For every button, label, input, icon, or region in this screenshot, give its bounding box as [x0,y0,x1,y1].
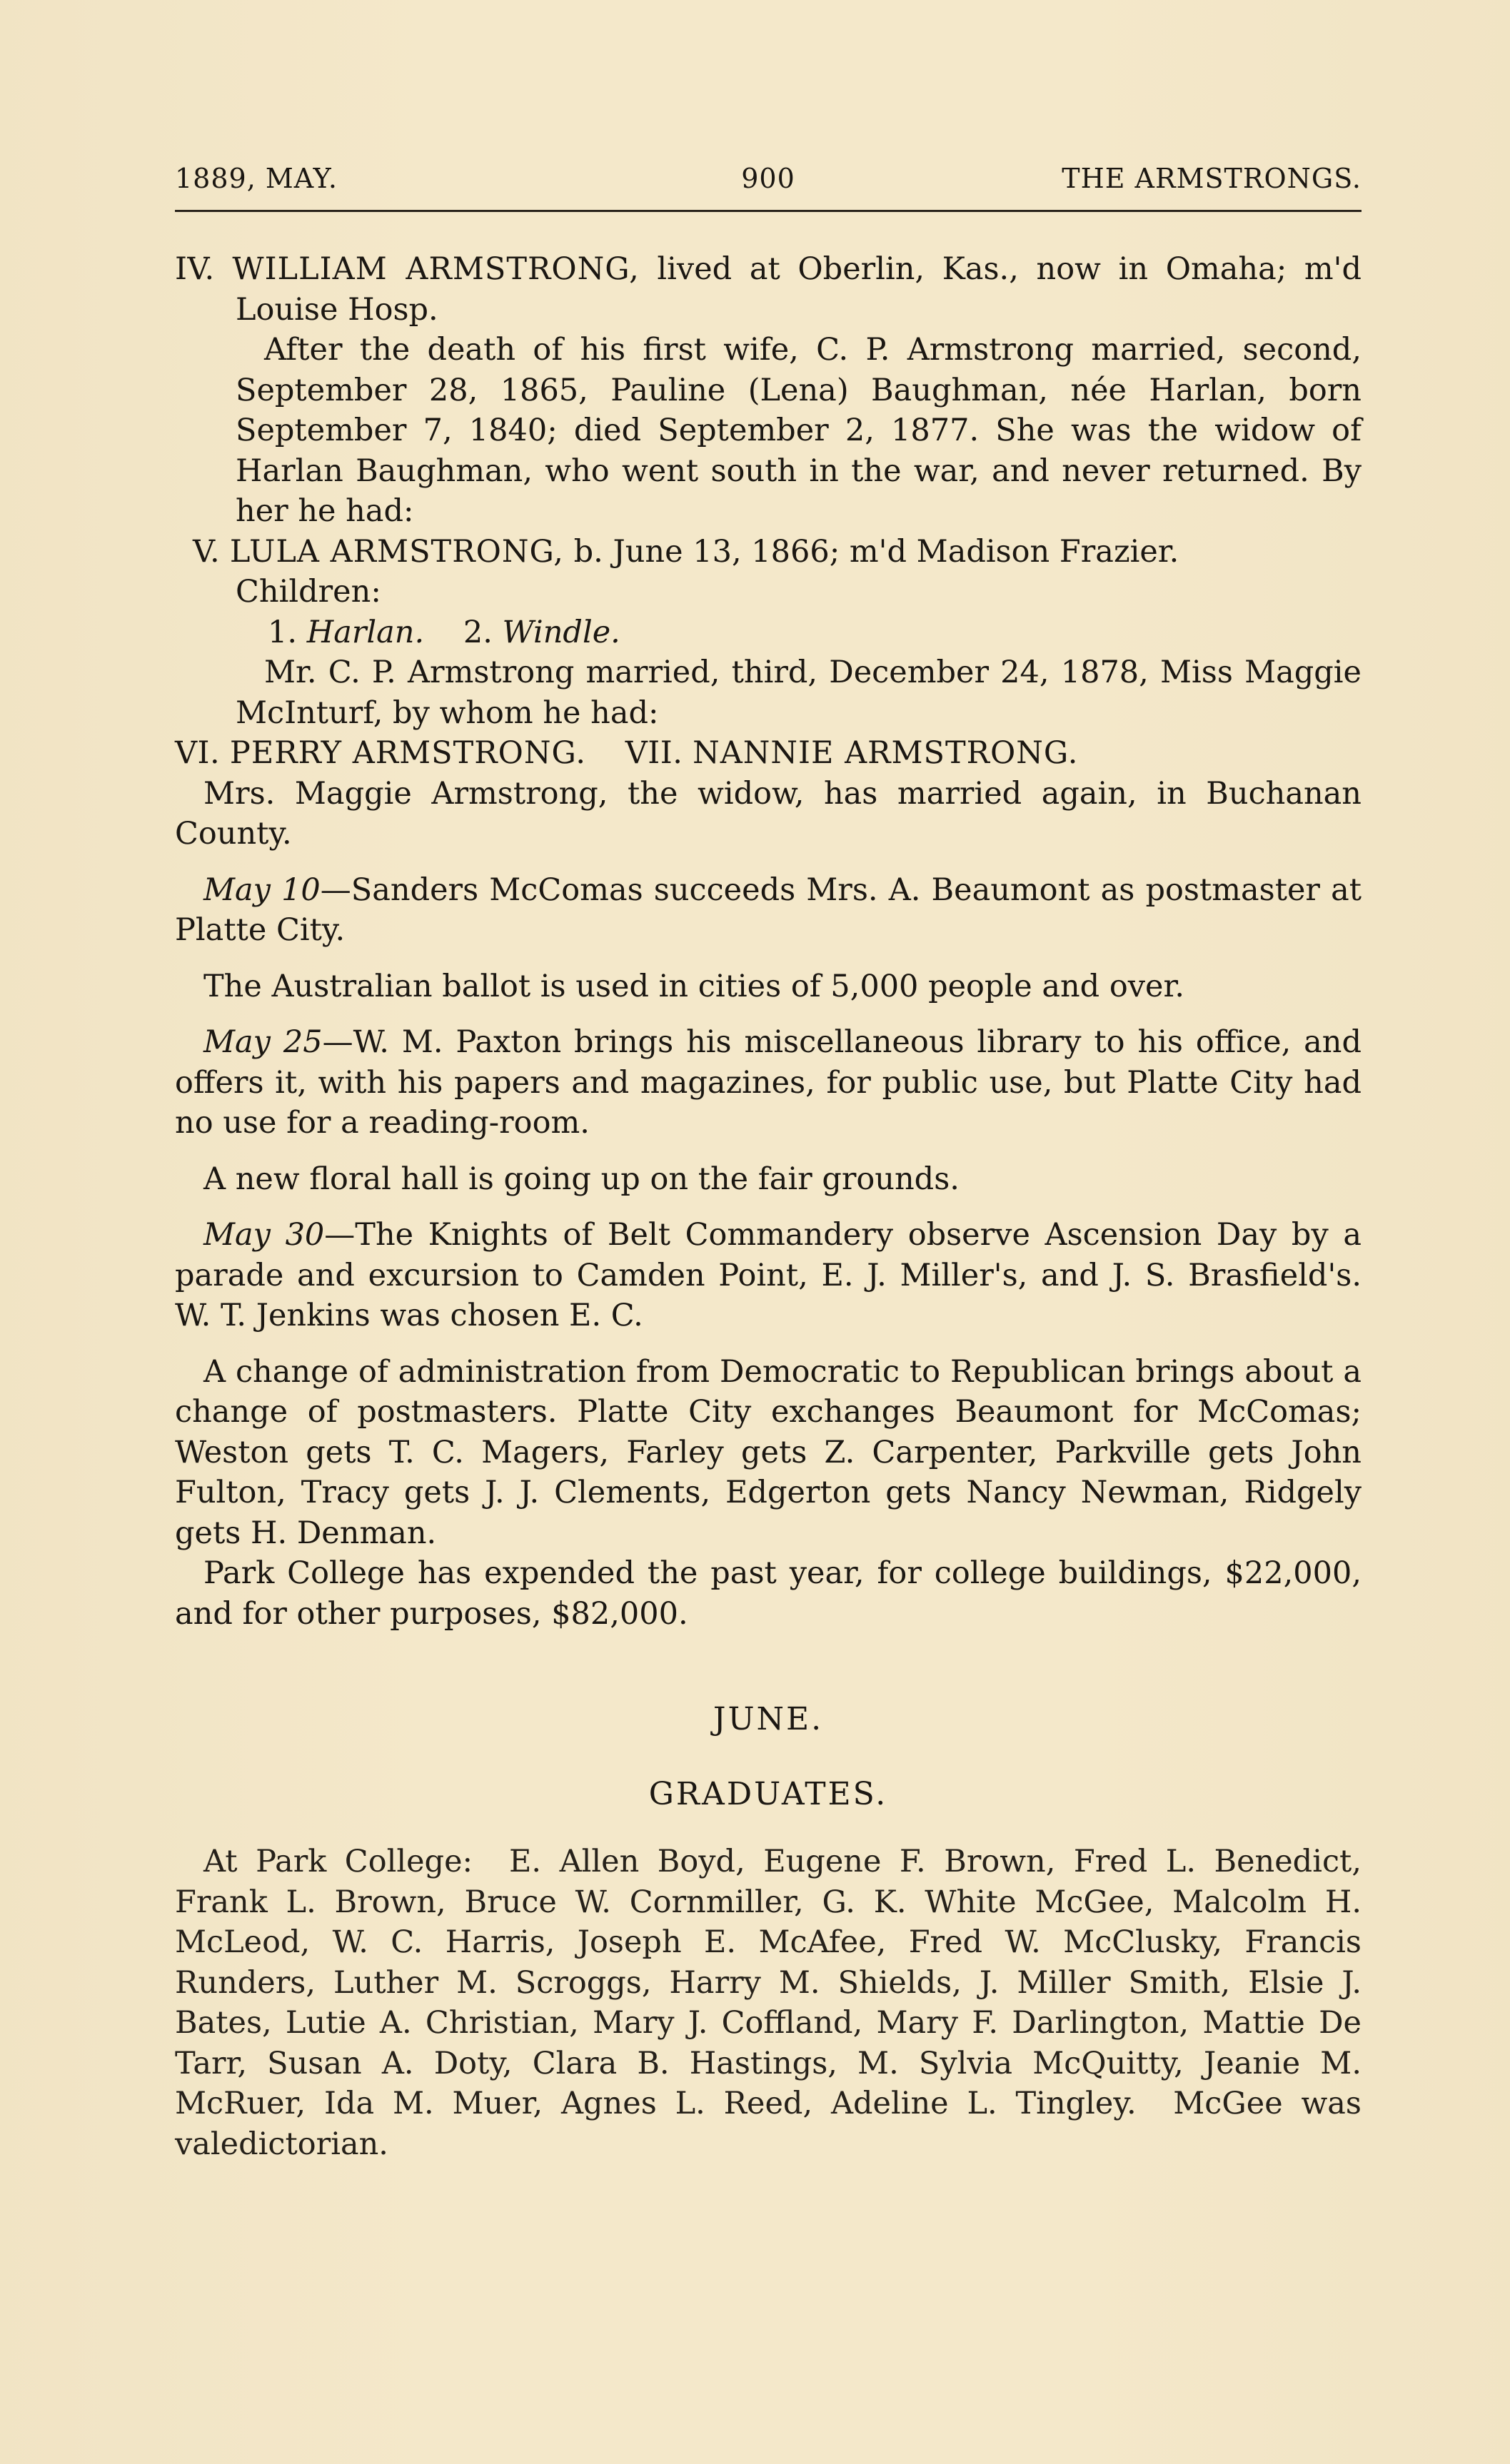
event-text: A change of administration from Democrat… [175,1354,1361,1551]
entry-numeral: VI. [175,735,220,771]
event-text: W. M. Paxton brings his miscellaneous li… [175,1024,1361,1141]
genealogy-entry-iv: IV. WILLIAM ARMSTRONG, lived at Oberlin,… [175,249,1361,330]
children-list: 1. Harlan. 2. Windle. [175,612,1361,653]
entry-name: NANNIE ARMSTRONG. [693,735,1078,771]
event-date: May 25 [203,1024,323,1060]
month-heading: JUNE. [175,1700,1361,1740]
event-dash: — [324,1217,355,1253]
event-paragraph: Park College has expended the past year,… [175,1553,1361,1634]
entry-numeral: V. [193,534,220,570]
entry-name: WILLIAM ARMSTRONG, [232,251,639,287]
children-label: Children: [175,572,1361,612]
event-dash: — [321,872,351,908]
event-text: Sanders McComas succeeds Mrs. A. Beaumon… [175,872,1361,949]
graduates-paragraph: At Park College: E. Allen Boyd, Eugene F… [175,1842,1361,2164]
child-name: Harlan. [307,615,424,650]
event-text: A new floral hall is going up on the fai… [203,1161,960,1197]
event-date: May 10 [203,872,321,908]
child-number: 2. [463,615,493,650]
child-number: 1. [268,615,297,650]
event-dash: — [323,1024,353,1060]
book-page: 1889, MAY. 900 THE ARMSTRONGS. IV. WILLI… [175,163,1361,2164]
entry-numeral: VII. [625,735,683,771]
entry-text: b. June 13, 1866; m'd Madison Frazier. [574,534,1179,570]
header-date: 1889, MAY. [175,163,338,194]
event-paragraph: May 25—W. M. Paxton brings his miscellan… [175,1022,1361,1143]
genealogy-entry-v: V. LULA ARMSTRONG, b. June 13, 1866; m'd… [175,532,1361,572]
event-paragraph: May 10—Sanders McComas succeeds Mrs. A. … [175,870,1361,951]
running-header: 1889, MAY. 900 THE ARMSTRONGS. [175,163,1361,203]
section-heading: GRADUATES. [175,1774,1361,1815]
header-title: THE ARMSTRONGS. [1062,163,1361,194]
header-rule [175,210,1361,212]
event-date: May 30 [203,1217,324,1253]
widow-note-paragraph: Mrs. Maggie Armstrong, the widow, has ma… [175,774,1361,854]
second-marriage-paragraph: After the death of his first wife, C. P.… [175,330,1361,532]
entry-numeral: IV. [175,251,215,287]
event-paragraph: The Australian ballot is used in cities … [175,966,1361,1007]
event-text: The Australian ballot is used in cities … [203,969,1184,1004]
child-name: Windle. [503,615,620,650]
graduates-list: E. Allen Boyd, Eugene F. Brown, Fred L. … [175,1844,1361,2121]
event-paragraph: A new floral hall is going up on the fai… [175,1159,1361,1200]
page-body: IV. WILLIAM ARMSTRONG, lived at Oberlin,… [175,249,1361,2164]
event-text: Park College has expended the past year,… [175,1555,1361,1632]
entry-name: LULA ARMSTRONG, [230,534,564,570]
entry-name: PERRY ARMSTRONG. [230,735,586,771]
graduates-intro: At Park College: [203,1844,473,1879]
event-paragraph: May 30—The Knights of Belt Commandery ob… [175,1215,1361,1336]
event-paragraph: A change of administration from Democrat… [175,1352,1361,1554]
third-marriage-paragraph: Mr. C. P. Armstrong married, third, Dece… [175,652,1361,733]
genealogy-entries-vi-vii: VI. PERRY ARMSTRONG. VII. NANNIE ARMSTRO… [175,733,1361,774]
